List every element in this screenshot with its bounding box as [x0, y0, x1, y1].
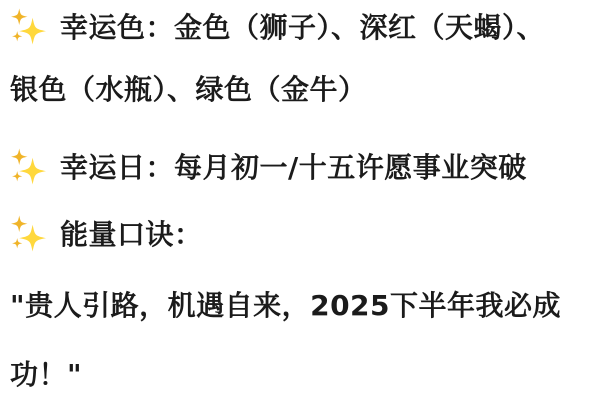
lucky-day-row: 幸运日：每月初一/十五许愿事业突破: [10, 144, 527, 188]
article-text-block: 幸运色：金色（狮子）、深红（天蝎）、 银色（水瓶）、绿色（金牛） 幸运日：每月初…: [0, 0, 600, 400]
energy-mantra-row: 能量口诀：: [10, 211, 203, 255]
lucky-color-row: 幸运色：金色（狮子）、深红（天蝎）、: [10, 4, 545, 48]
lucky-color-text-line2: 银色（水瓶）、绿色（金牛）: [10, 73, 367, 107]
sparkles-icon: [10, 146, 47, 186]
lucky-color-text-line1: 幸运色：金色（狮子）、深红（天蝎）、: [60, 6, 545, 46]
sparkles-icon: [10, 6, 47, 46]
sparkles-icon: [10, 213, 47, 253]
mantra-quote-line2: 功！": [10, 358, 82, 392]
lucky-day-text: 幸运日：每月初一/十五许愿事业突破: [60, 146, 527, 186]
mantra-quote-line1: "贵人引路，机遇自来，2025下半年我必成: [10, 289, 561, 323]
energy-mantra-heading: 能量口诀：: [60, 213, 203, 253]
